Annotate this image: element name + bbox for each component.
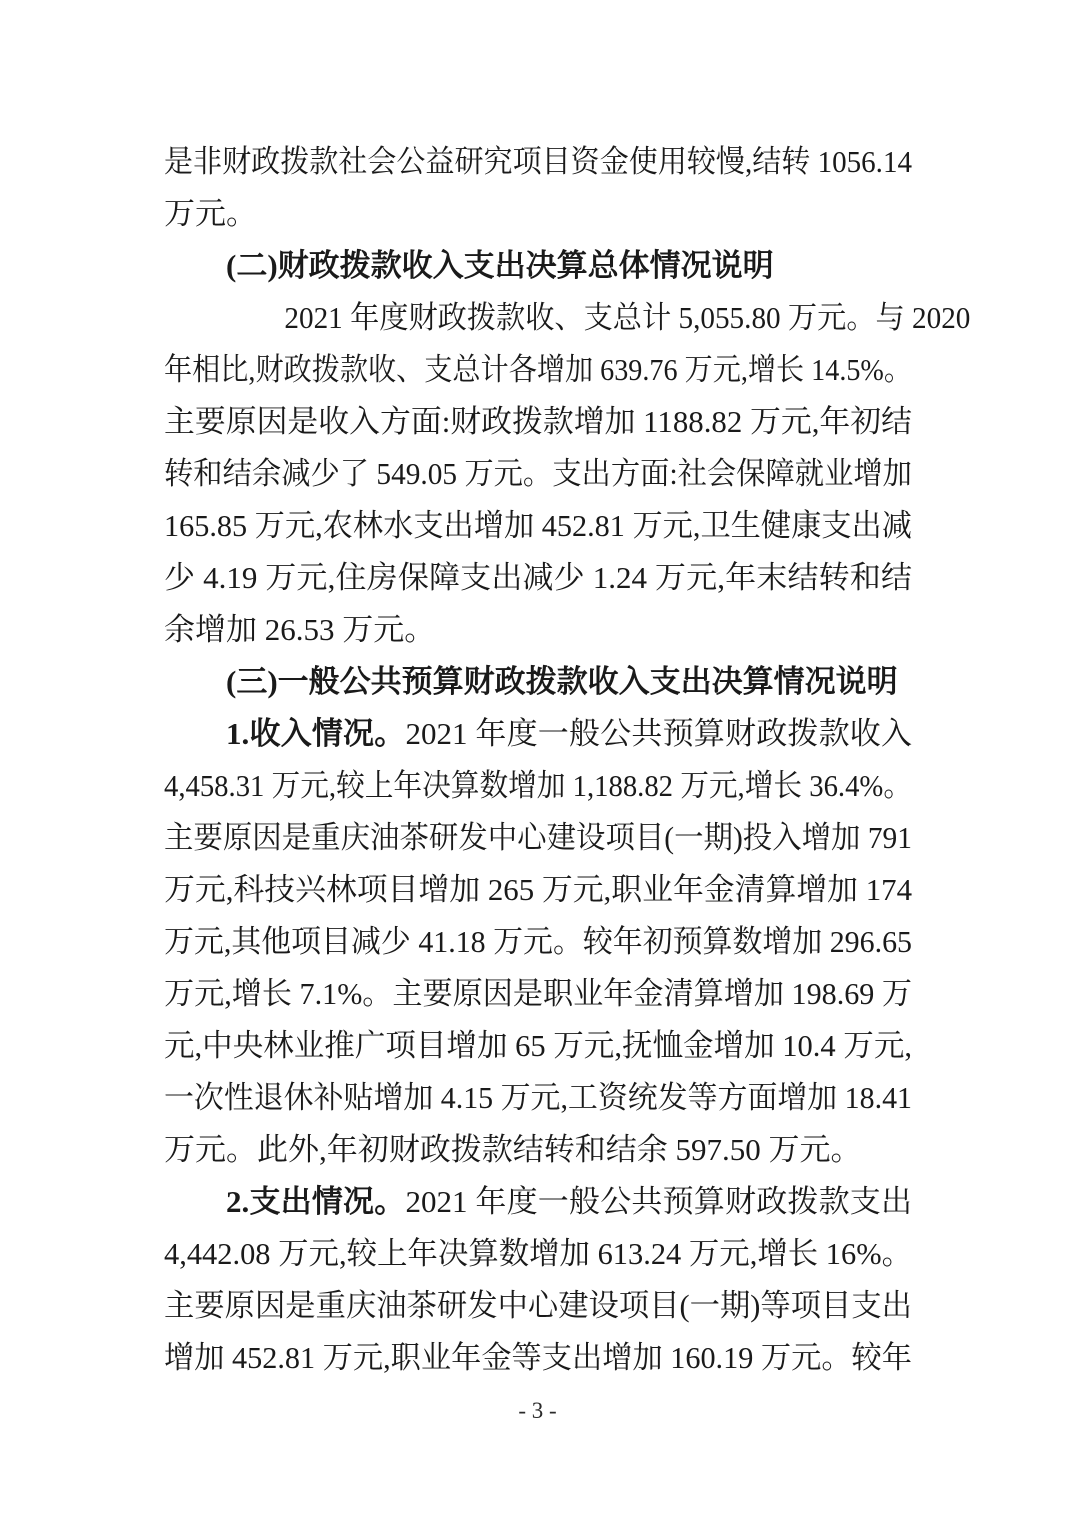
line-text: 主要原因是重庆油茶研发中心建设项目(一期)投入增加 791 [164,820,912,855]
line-content: 主要原因是重庆油茶研发中心建设项目(一期)等项目支出 [164,1280,912,1332]
line-content: 元,中央林业推广项目增加 65 万元,抚恤金增加 10.4 万元, [164,1020,912,1072]
text-line: 元,中央林业推广项目增加 65 万元,抚恤金增加 10.4 万元, [164,1020,912,1072]
text-line: 余增加 26.53 万元。 [164,604,912,656]
line-text: 增加 452.81 万元,职业年金等支出增加 160.19 万元。较年 [164,1340,912,1375]
line-text: 2021 年度一般公共预算财政拨款支出 [405,1184,912,1219]
text-line: 4,458.31 万元,较上年决算数增加 1,188.82 万元,增长 36.4… [164,760,912,812]
text-line: 转和结余减少了 549.05 万元。支出方面:社会保障就业增加 [164,448,912,500]
line-content: 余增加 26.53 万元。 [164,612,435,647]
text-line: 是非财政拨款社会公益研究项目资金使用较慢,结转 1056.14 [164,136,912,188]
line-text: 是非财政拨款社会公益研究项目资金使用较慢,结转 1056.14 [164,144,912,179]
line-text: 元,中央林业推广项目增加 65 万元,抚恤金增加 10.4 万元, [164,1028,912,1063]
text-line: 增加 452.81 万元,职业年金等支出增加 160.19 万元。较年 [164,1332,912,1384]
text-line: 4,442.08 万元,较上年决算数增加 613.24 万元,增长 16%。 [164,1228,912,1280]
line-text: 一次性退休补贴增加 4.15 万元,工资统发等方面增加 18.41 [164,1080,912,1115]
text-line: 165.85 万元,农林水支出增加 452.81 万元,卫生健康支出减 [164,500,912,552]
text-line: 少 4.19 万元,住房保障支出减少 1.24 万元,年末结转和结 [164,552,912,604]
line-text: 万元,增长 7.1%。主要原因是职业年金清算增加 198.69 万 [164,976,912,1011]
text-line: 主要原因是重庆油茶研发中心建设项目(一期)投入增加 791 [164,812,912,864]
line-text: 余增加 26.53 万元。 [164,612,435,647]
line-content: 主要原因是收入方面:财政拨款增加 1188.82 万元,年初结 [164,396,912,448]
text-line: 1.收入情况。2021 年度一般公共预算财政拨款收入 [164,708,912,760]
line-content: 万元。 [164,196,257,231]
line-content: (二)财政拨款收入支出决算总体情况说明 [226,248,774,283]
text-line: 年相比,财政拨款收、支总计各增加 639.76 万元,增长 14.5%。 [164,344,912,396]
line-content: 165.85 万元,农林水支出增加 452.81 万元,卫生健康支出减 [164,500,912,552]
line-content: (三)一般公共预算财政拨款收入支出决算情况说明 [226,664,898,699]
line-content: 1.收入情况。2021 年度一般公共预算财政拨款收入 [226,716,912,751]
line-text: 转和结余减少了 549.05 万元。支出方面:社会保障就业增加 [164,456,912,491]
line-content: 万元。此外,年初财政拨款结转和结余 597.50 万元。 [164,1132,862,1167]
section-heading: (三)一般公共预算财政拨款收入支出决算情况说明 [164,656,912,708]
line-text: 4,458.31 万元,较上年决算数增加 1,188.82 万元,增长 36.4… [164,768,912,803]
line-text: 少 4.19 万元,住房保障支出减少 1.24 万元,年末结转和结 [164,560,912,595]
line-text: (三)一般公共预算财政拨款收入支出决算情况说明 [226,664,898,699]
line-content: 2.支出情况。2021 年度一般公共预算财政拨款支出 [226,1184,912,1219]
line-content: 4,442.08 万元,较上年决算数增加 613.24 万元,增长 16%。 [164,1228,912,1280]
line-text: 4,442.08 万元,较上年决算数增加 613.24 万元,增长 16%。 [164,1236,912,1271]
line-text: 主要原因是收入方面:财政拨款增加 1188.82 万元,年初结 [164,404,912,439]
line-text: 2021 年度一般公共预算财政拨款收入 [405,716,912,751]
text-line: 一次性退休补贴增加 4.15 万元,工资统发等方面增加 18.41 [164,1072,912,1124]
line-content: 万元,增长 7.1%。主要原因是职业年金清算增加 198.69 万 [164,968,912,1020]
text-line: 万元,科技兴林项目增加 265 万元,职业年金清算增加 174 [164,864,912,916]
text-line: 万元,其他项目减少 41.18 万元。较年初预算数增加 296.65 [164,916,912,968]
text-line: 主要原因是收入方面:财政拨款增加 1188.82 万元,年初结 [164,396,912,448]
line-text: 万元,其他项目减少 41.18 万元。较年初预算数增加 296.65 [164,924,912,959]
line-content: 万元,科技兴林项目增加 265 万元,职业年金清算增加 174 [164,864,912,916]
line-content: 主要原因是重庆油茶研发中心建设项目(一期)投入增加 791 [164,812,912,864]
page-number: - 3 - [0,1396,1075,1426]
line-text: 年相比,财政拨款收、支总计各增加 639.76 万元,增长 14.5%。 [164,352,912,387]
line-content: 增加 452.81 万元,职业年金等支出增加 160.19 万元。较年 [164,1332,912,1384]
paragraph-lead: 1.收入情况。 [226,716,405,751]
text-line: 2021 年度财政拨款收、支总计 5,055.80 万元。与 2020 [164,292,912,344]
paragraph-lead: 2.支出情况。 [226,1184,405,1219]
text-line: 主要原因是重庆油茶研发中心建设项目(一期)等项目支出 [164,1280,912,1332]
line-text: 165.85 万元,农林水支出增加 452.81 万元,卫生健康支出减 [164,508,912,543]
line-text: 2021 年度财政拨款收、支总计 5,055.80 万元。与 2020 [284,300,970,335]
text-line: 万元。此外,年初财政拨款结转和结余 597.50 万元。 [164,1124,912,1176]
line-text: 主要原因是重庆油茶研发中心建设项目(一期)等项目支出 [164,1288,912,1323]
line-content: 2021 年度财政拨款收、支总计 5,055.80 万元。与 2020 [226,292,970,344]
line-content: 一次性退休补贴增加 4.15 万元,工资统发等方面增加 18.41 [164,1072,912,1124]
line-text: 万元,科技兴林项目增加 265 万元,职业年金清算增加 174 [164,872,912,907]
line-content: 4,458.31 万元,较上年决算数增加 1,188.82 万元,增长 36.4… [164,760,912,812]
line-text: (二)财政拨款收入支出决算总体情况说明 [226,248,774,283]
document-body: 是非财政拨款社会公益研究项目资金使用较慢,结转 1056.14万元。(二)财政拨… [164,136,912,1384]
line-content: 年相比,财政拨款收、支总计各增加 639.76 万元,增长 14.5%。 [164,344,912,396]
line-text: 万元。此外,年初财政拨款结转和结余 597.50 万元。 [164,1132,862,1167]
line-text: 万元。 [164,196,257,231]
line-content: 是非财政拨款社会公益研究项目资金使用较慢,结转 1056.14 [164,136,912,188]
text-line: 万元。 [164,188,912,240]
section-heading: (二)财政拨款收入支出决算总体情况说明 [164,240,912,292]
line-content: 万元,其他项目减少 41.18 万元。较年初预算数增加 296.65 [164,916,912,968]
text-line: 万元,增长 7.1%。主要原因是职业年金清算增加 198.69 万 [164,968,912,1020]
text-line: 2.支出情况。2021 年度一般公共预算财政拨款支出 [164,1176,912,1228]
line-content: 少 4.19 万元,住房保障支出减少 1.24 万元,年末结转和结 [164,560,912,595]
line-content: 转和结余减少了 549.05 万元。支出方面:社会保障就业增加 [164,448,912,500]
document-page: 是非财政拨款社会公益研究项目资金使用较慢,结转 1056.14万元。(二)财政拨… [0,0,1075,1521]
